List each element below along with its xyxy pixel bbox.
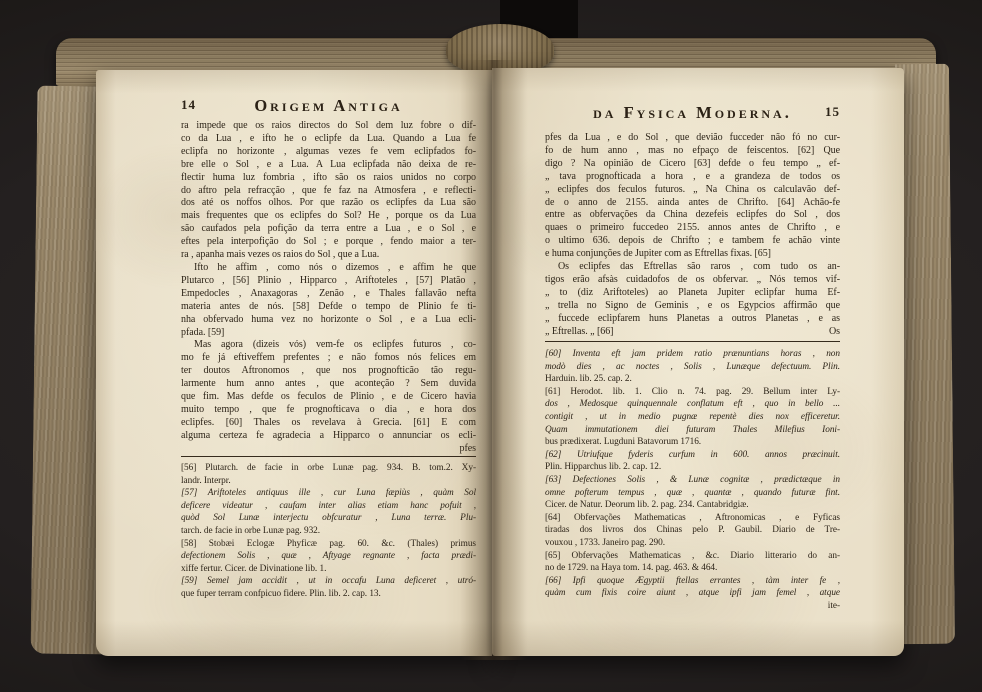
text-line: Plin. Hipparchus lib. 2. cap. 12. [545, 461, 840, 474]
right-page-number: 15 [825, 104, 840, 120]
text-line: Cicer. de Natur. Deorum lib. 2. pag. 234… [545, 499, 840, 512]
text-line: [61] Herodot. lib. 1. Clio n. 74. pag. 2… [545, 386, 840, 399]
text-line: são caufados pela pofição da terra entre… [181, 223, 476, 236]
text-line: dos , Medosque quinquennale conflatum ef… [545, 398, 840, 411]
text-line: materia antes de nós. [58] Defde o tempo… [181, 301, 476, 314]
text-line: contigit , ut in medio pugnæ repentè die… [545, 411, 840, 424]
right-running-head: da Fysica Moderna. 15 [545, 103, 840, 123]
text-line: do aftro pela refracção , que fe faz na … [181, 185, 476, 198]
line-text: [65] Obfervações Mathematicas , &c. Diar… [545, 551, 840, 561]
line-text: flectir huma luz fombria , ifto são os r… [181, 172, 476, 183]
text-line: „ tava prognofticada a hora , e a grande… [545, 171, 840, 184]
right-footnote-rule [545, 341, 840, 342]
right-page: da Fysica Moderna. 15 pfes da Lua , e do… [492, 68, 904, 656]
text-line: quàm cum fixis coire aiunt , atque ipfi … [545, 587, 840, 600]
text-line: que fim. Mas defde os feculos de Plinio … [181, 391, 476, 404]
text-line: no de 1729. na Haya tom. 14. pag. 463. &… [545, 562, 840, 575]
text-line: „ fuccede eclipfarem huns Planetas a out… [545, 313, 840, 326]
line-text: ra , apanha mais vezes os raios do Sol ,… [181, 249, 379, 260]
text-line: [62] Utriufque fyderis curfum in 600. an… [545, 449, 840, 462]
line-text: eclipfes. [60] Thales os revelava à Grec… [181, 417, 476, 428]
text-line: [65] Obfervações Mathematicas , &c. Diar… [545, 550, 840, 563]
line-text: que fuper terram confpicuo fidere. Plin.… [181, 589, 381, 599]
line-text: Ifto he affim , como nós o dizemos , e a… [181, 262, 476, 273]
text-line: Plutarco , [56] Plinio , Hipparco , Arif… [181, 275, 476, 288]
line-text: „ tava prognofticada a hora , e a grande… [545, 171, 840, 182]
line-text: landr. Interpr. [181, 476, 231, 486]
text-line: de o anno de 2155. ainda antes de Chrift… [545, 197, 840, 210]
line-text: tigos erão afsàs cuidadofos de os obferv… [545, 274, 840, 285]
line-text: mais frequentes que os eclipfes do Sol? … [181, 210, 476, 221]
text-line: quòd Sol Lunæ interjectu obfcuratur , Lu… [181, 512, 476, 525]
catchword: Os [829, 326, 840, 339]
text-line: Harduin. lib. 25. cap. 2. [545, 373, 840, 386]
line-text: [64] Obfervações Mathematicas , Aftronom… [545, 513, 840, 523]
left-main-text: ra impede que os raios directos do Sol d… [181, 120, 476, 456]
line-text: no de 1729. na Haya tom. 14. pag. 463. &… [545, 563, 717, 573]
line-text: „ to (diz Ariftoteles) ao Planeta Jupite… [545, 287, 840, 298]
line-text: Empedocles , Anaxagoras , Zenão , e Thal… [181, 288, 476, 299]
line-text: [61] Herodot. lib. 1. Clio n. 74. pag. 2… [545, 387, 840, 397]
line-text: modò dies , ac noctes , Solis , Lunæque … [545, 362, 840, 372]
text-line: omne pofterum tempus , quæ , quantæ , qu… [545, 487, 840, 500]
line-text: pfada. [59] [181, 327, 224, 338]
line-text: „ Eftrellas. „ [66] [545, 326, 613, 337]
line-text: fo de hum anno , mas no efpaço de feisce… [545, 145, 840, 156]
line-text: e huma conjunções de Jupiter com as Eftr… [545, 248, 771, 259]
text-line: Ifto he affim , como nós o dizemos , e a… [181, 262, 476, 275]
text-line: ite- [545, 600, 840, 613]
text-line: pfada. [59] [181, 327, 476, 340]
text-line: mo fe já eftiveffem prefentes ; e não fo… [181, 352, 476, 365]
line-text: dos até os noffos olhos. Por que razão o… [181, 197, 476, 208]
line-text: materia antes de nós. [58] Defde o tempo… [181, 301, 476, 312]
text-line: [66] Ipfi quoque Ægyptii ftellas errante… [545, 575, 840, 588]
text-line: defectionem Solis , quæ , Aftyage regnan… [181, 550, 476, 563]
text-line: nha obfervado huma vez no horizonte o So… [181, 314, 476, 327]
text-line: Mas agora (dizeis vós) vem-fe os eclipfe… [181, 339, 476, 352]
left-footnote-rule [181, 456, 476, 457]
text-line: eclipfes. [60] Thales os revelava à Grec… [181, 417, 476, 430]
text-line: tigos erão afsàs cuidadofos de os obferv… [545, 274, 840, 287]
line-text: xiffe fertur. Cicer. de Divinatione lib.… [181, 564, 326, 574]
text-line: o ultimo 636. depois de Chrifto ; e tamb… [545, 235, 840, 248]
line-text: pfes da Lua , e do Sol , que devião fucc… [545, 132, 840, 143]
text-line: [63] Defectiones Solis , & Lunæ cognitæ … [545, 474, 840, 487]
text-line: xiffe fertur. Cicer. de Divinatione lib.… [181, 563, 476, 576]
text-line: digo ? Na opinião de Cicero [63] defde o… [545, 158, 840, 171]
line-text: Plutarco , [56] Plinio , Hipparco , Arif… [181, 275, 476, 286]
line-text: Harduin. lib. 25. cap. 2. [545, 374, 632, 384]
line-text: [57] Ariftoteles antiquus ille , cur Lun… [181, 488, 476, 498]
text-line: ter doutos Aftronomos , que nos prognoft… [181, 365, 476, 378]
text-line: quaes o primeiro fuccedeo 2155. annos an… [545, 222, 840, 235]
right-footnotes: [60] Inventa eft jam pridem ratio prænun… [545, 348, 840, 612]
text-line: landr. Interpr. [181, 475, 476, 488]
line-text: defectionem Solis , quæ , Aftyage regnan… [181, 551, 476, 561]
line-text: alguma certeza fe agradecia a Hipparco o… [181, 430, 476, 441]
text-line: modò dies , ac noctes , Solis , Lunæque … [545, 361, 840, 374]
line-text: [62] Utriufque fyderis curfum in 600. an… [545, 450, 840, 460]
line-text: bre elle o Sol , e a Lua. A Lua eclipfad… [181, 159, 476, 170]
text-line: [57] Ariftoteles antiquus ille , cur Lun… [181, 487, 476, 500]
line-text: Os eclipfes das Eftrellas são raros , co… [545, 261, 840, 272]
line-text: [60] Inventa eft jam pridem ratio prænun… [545, 349, 840, 359]
text-line: muito tempo , que fe prognofticava o dia… [181, 404, 476, 417]
text-line: alguma certeza fe agradecia a Hipparco o… [181, 430, 476, 443]
line-text: [58] Stobæi Eclogæ Phyficæ pag. 60. &c. … [181, 539, 476, 549]
line-text: deficere videatur , caufam inter alias e… [181, 501, 476, 511]
line-text: tarch. de facie in orbe Lunæ pag. 932. [181, 526, 320, 536]
text-line: eftes pela interpofição do Sol ; e porqu… [181, 236, 476, 249]
line-text: omne pofterum tempus , quæ , quantæ , qu… [545, 488, 840, 498]
text-line: e huma conjunções de Jupiter com as Eftr… [545, 248, 840, 261]
left-header-title: Origem Antiga [181, 96, 476, 116]
line-text: o ultimo 636. depois de Chrifto ; e tamb… [545, 235, 840, 246]
text-line: Empedocles , Anaxagoras , Zenão , e Thal… [181, 288, 476, 301]
text-line: deficere videatur , caufam inter alias e… [181, 500, 476, 513]
line-text: quòd Sol Lunæ interjectu obfcuratur , Lu… [181, 513, 476, 523]
line-text: Plin. Hipparchus lib. 2. cap. 12. [545, 462, 661, 472]
line-text: ter doutos Aftronomos , que nos prognoft… [181, 365, 476, 376]
line-text: que fim. Mas defde os feculos de Plinio … [181, 391, 476, 402]
text-line: [58] Stobæi Eclogæ Phyficæ pag. 60. &c. … [181, 538, 476, 551]
line-text: bus prædixerat. Lugduni Batavorum 1716. [545, 437, 701, 447]
text-line: [60] Inventa eft jam pridem ratio prænun… [545, 348, 840, 361]
text-line: flectir huma luz fombria , ifto são os r… [181, 172, 476, 185]
line-text: muito tempo , que fe prognofticava o dia… [181, 404, 476, 415]
text-line: „ eclipfes dos feculos futuros. „ Na Chi… [545, 184, 840, 197]
text-line: co da Lua , e ifto he o eclipfe da Lua. … [181, 133, 476, 146]
text-line: Os eclipfes das Eftrellas são raros , co… [545, 261, 840, 274]
left-running-head: 14 Origem Antiga [181, 96, 476, 116]
text-line: fo de hum anno , mas no efpaço de feisce… [545, 145, 840, 158]
line-text: dos , Medosque quinquennale conflatum ef… [545, 399, 840, 409]
text-line: ra , apanha mais vezes os raios do Sol ,… [181, 249, 476, 262]
catchword: ite- [828, 600, 840, 613]
line-text: [66] Ipfi quoque Ægyptii ftellas errante… [545, 576, 840, 586]
text-line: tarch. de facie in orbe Lunæ pag. 932. [181, 525, 476, 538]
line-text: eftes pela interpofição do Sol ; e porqu… [181, 236, 476, 247]
text-line: Quam immutationem diei futuram Thales Mi… [545, 424, 840, 437]
text-line: [64] Obfervações Mathematicas , Aftronom… [545, 512, 840, 525]
line-text: mo fe já eftiveffem prefentes ; e não fo… [181, 352, 476, 363]
left-page: 14 Origem Antiga ra impede que os raios … [96, 70, 492, 656]
text-line: mais frequentes que os eclipfes do Sol? … [181, 210, 476, 223]
line-text: „ trella no Signo de Geminis , e os Egyp… [545, 300, 840, 311]
text-line: „ to (diz Ariftoteles) ao Planeta Jupite… [545, 287, 840, 300]
text-line: larmente hum anno antes , que aconteção … [181, 378, 476, 391]
text-line: que fuper terram confpicuo fidere. Plin.… [181, 588, 476, 601]
text-line: entre as obfervações da China dezefeis e… [545, 209, 840, 222]
line-text: contigit , ut in medio pugnæ repentè die… [545, 412, 840, 422]
line-text: Mas agora (dizeis vós) vem-fe os eclipfe… [181, 339, 476, 350]
text-line: [59] Semel jam accidit , ut in occafu Lu… [181, 575, 476, 588]
line-text: larmente hum anno antes , que aconteção … [181, 378, 476, 389]
text-line: ra impede que os raios directos do Sol d… [181, 120, 476, 133]
line-text: quàm cum fixis coire aiunt , atque ipfi … [545, 588, 840, 598]
text-line: tiradas dos livros dos Chinas pelo P. Ga… [545, 524, 840, 537]
text-line: pfes da Lua , e do Sol , que devião fucc… [545, 132, 840, 145]
line-text: [56] Plutarch. de facie in orbe Lunæ pag… [181, 463, 476, 473]
text-line: bre elle o Sol , e a Lua. A Lua eclipfad… [181, 159, 476, 172]
line-text: eclipfa no horizonte , algumas vezes fe … [181, 146, 476, 157]
line-text: co da Lua , e ifto he o eclipfe da Lua. … [181, 133, 476, 144]
text-line: Os„ Eftrellas. „ [66] [545, 326, 840, 339]
line-text: nha obfervado huma vez no horizonte o So… [181, 314, 476, 325]
line-text: [63] Defectiones Solis , & Lunæ cognitæ … [545, 475, 840, 485]
right-main-text: pfes da Lua , e do Sol , que devião fucc… [545, 132, 840, 339]
catchword: pfes [460, 443, 476, 456]
text-line: pfes [181, 443, 476, 456]
text-line: eclipfa no horizonte , algumas vezes fe … [181, 146, 476, 159]
left-footnotes: [56] Plutarch. de facie in orbe Lunæ pag… [181, 462, 476, 601]
right-header-title: da Fysica Moderna. [545, 103, 840, 123]
line-text: ra impede que os raios directos do Sol d… [181, 120, 476, 131]
text-line: [56] Plutarch. de facie in orbe Lunæ pag… [181, 462, 476, 475]
line-text: quaes o primeiro fuccedeo 2155. annos an… [545, 222, 840, 233]
text-line: dos até os noffos olhos. Por que razão o… [181, 197, 476, 210]
line-text: entre as obfervações da China dezefeis e… [545, 209, 840, 220]
text-line: vouxou , 1733. Janeiro pag. 290. [545, 537, 840, 550]
line-text: Quam immutationem diei futuram Thales Mi… [545, 425, 840, 435]
line-text: tiradas dos livros dos Chinas pelo P. Ga… [545, 525, 840, 535]
line-text: do aftro pela refracção , que fe faz na … [181, 185, 476, 196]
line-text: „ eclipfes dos feculos futuros. „ Na Chi… [545, 184, 840, 195]
photo-background: 14 Origem Antiga ra impede que os raios … [0, 0, 982, 692]
line-text: digo ? Na opinião de Cicero [63] defde o… [545, 158, 840, 169]
line-text: „ fuccede eclipfarem huns Planetas a out… [545, 313, 840, 324]
line-text: são caufados pela pofição da terra entre… [181, 223, 476, 234]
line-text: [59] Semel jam accidit , ut in occafu Lu… [181, 576, 476, 586]
text-line: bus prædixerat. Lugduni Batavorum 1716. [545, 436, 840, 449]
text-line: „ trella no Signo de Geminis , e os Egyp… [545, 300, 840, 313]
book-headband [446, 24, 554, 74]
line-text: vouxou , 1733. Janeiro pag. 290. [545, 538, 665, 548]
line-text: Cicer. de Natur. Deorum lib. 2. pag. 234… [545, 500, 749, 510]
line-text: de o anno de 2155. ainda antes de Chrift… [545, 197, 840, 208]
